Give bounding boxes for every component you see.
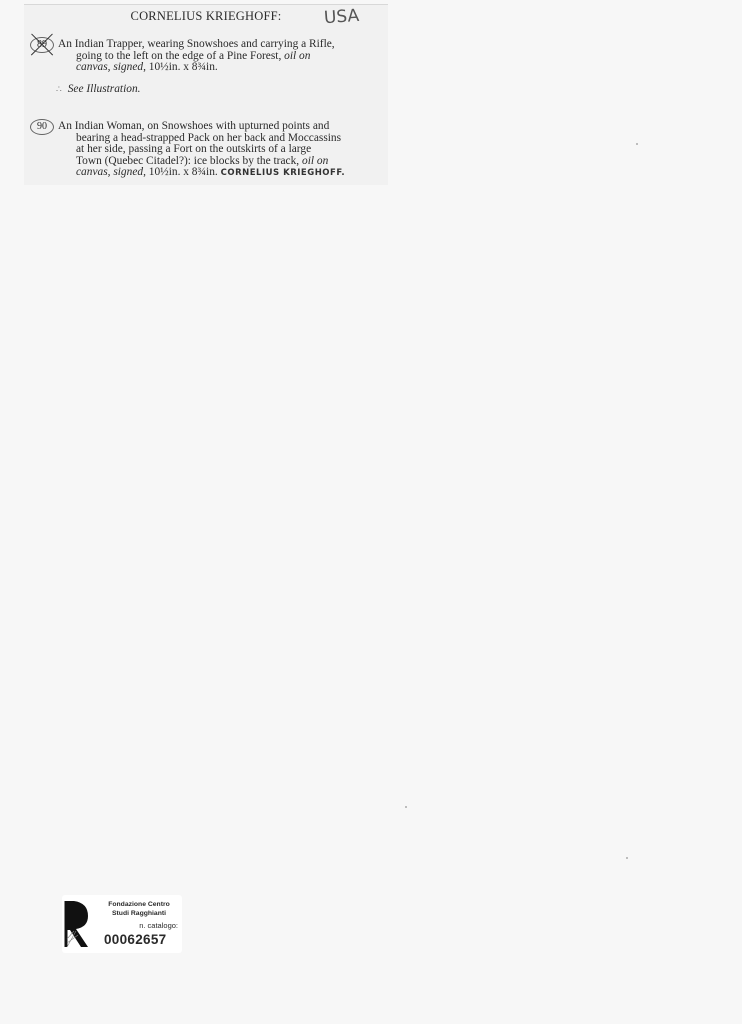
foundation-logo-icon bbox=[64, 899, 90, 949]
catalog-label: n. catalogo: bbox=[139, 921, 178, 930]
lot-description-line: Town (Quebec Citadel?): ice blocks by th… bbox=[76, 155, 299, 167]
catalog-clipping: CORNELIUS KRIEGHOFF: USA 89 An Indian Tr… bbox=[24, 4, 388, 185]
lot-entry: 90 An Indian Woman, on Snowshoes with up… bbox=[24, 121, 384, 180]
lot-medium: canvas, signed bbox=[76, 61, 143, 73]
handwritten-note: USA bbox=[323, 6, 359, 28]
lot-description-line: going to the left on the edge of a Pine … bbox=[76, 50, 281, 62]
foundation-name-line2: Studi Ragghianti bbox=[96, 910, 182, 919]
lot-number-crossed: 89 bbox=[30, 37, 54, 53]
illustration-mark-icon: ∴ bbox=[56, 84, 62, 94]
lot-number-circled: 90 bbox=[30, 119, 54, 135]
foundation-name: Fondazione Centro Studi Ragghianti bbox=[96, 901, 182, 918]
speck bbox=[626, 857, 628, 859]
handwritten-signature: CORNELIUS KRIEGHOFF. bbox=[221, 168, 346, 178]
lot-medium: oil on bbox=[302, 155, 328, 167]
lot-medium: canvas, signed bbox=[76, 166, 143, 178]
archive-stamp: Fondazione Centro Studi Ragghianti n. ca… bbox=[62, 895, 182, 953]
illustration-text: See Illustration. bbox=[68, 83, 141, 95]
lot-dimensions: , 10½in. x 8¾in. bbox=[143, 61, 218, 73]
lot-description-line: An Indian Woman, on Snowshoes with uptur… bbox=[58, 121, 384, 133]
lot-dimensions: , 10½in. x 8¾in. bbox=[143, 166, 218, 178]
illustration-note: ∴See Illustration. bbox=[56, 83, 141, 95]
catalog-number: 00062657 bbox=[104, 932, 166, 947]
foundation-name-line1: Fondazione Centro bbox=[96, 901, 182, 910]
speck bbox=[405, 806, 407, 808]
lot-medium: oil on bbox=[284, 50, 310, 62]
speck bbox=[636, 143, 638, 145]
lot-entry: 89 An Indian Trapper, wearing Snowshoes … bbox=[24, 39, 384, 74]
